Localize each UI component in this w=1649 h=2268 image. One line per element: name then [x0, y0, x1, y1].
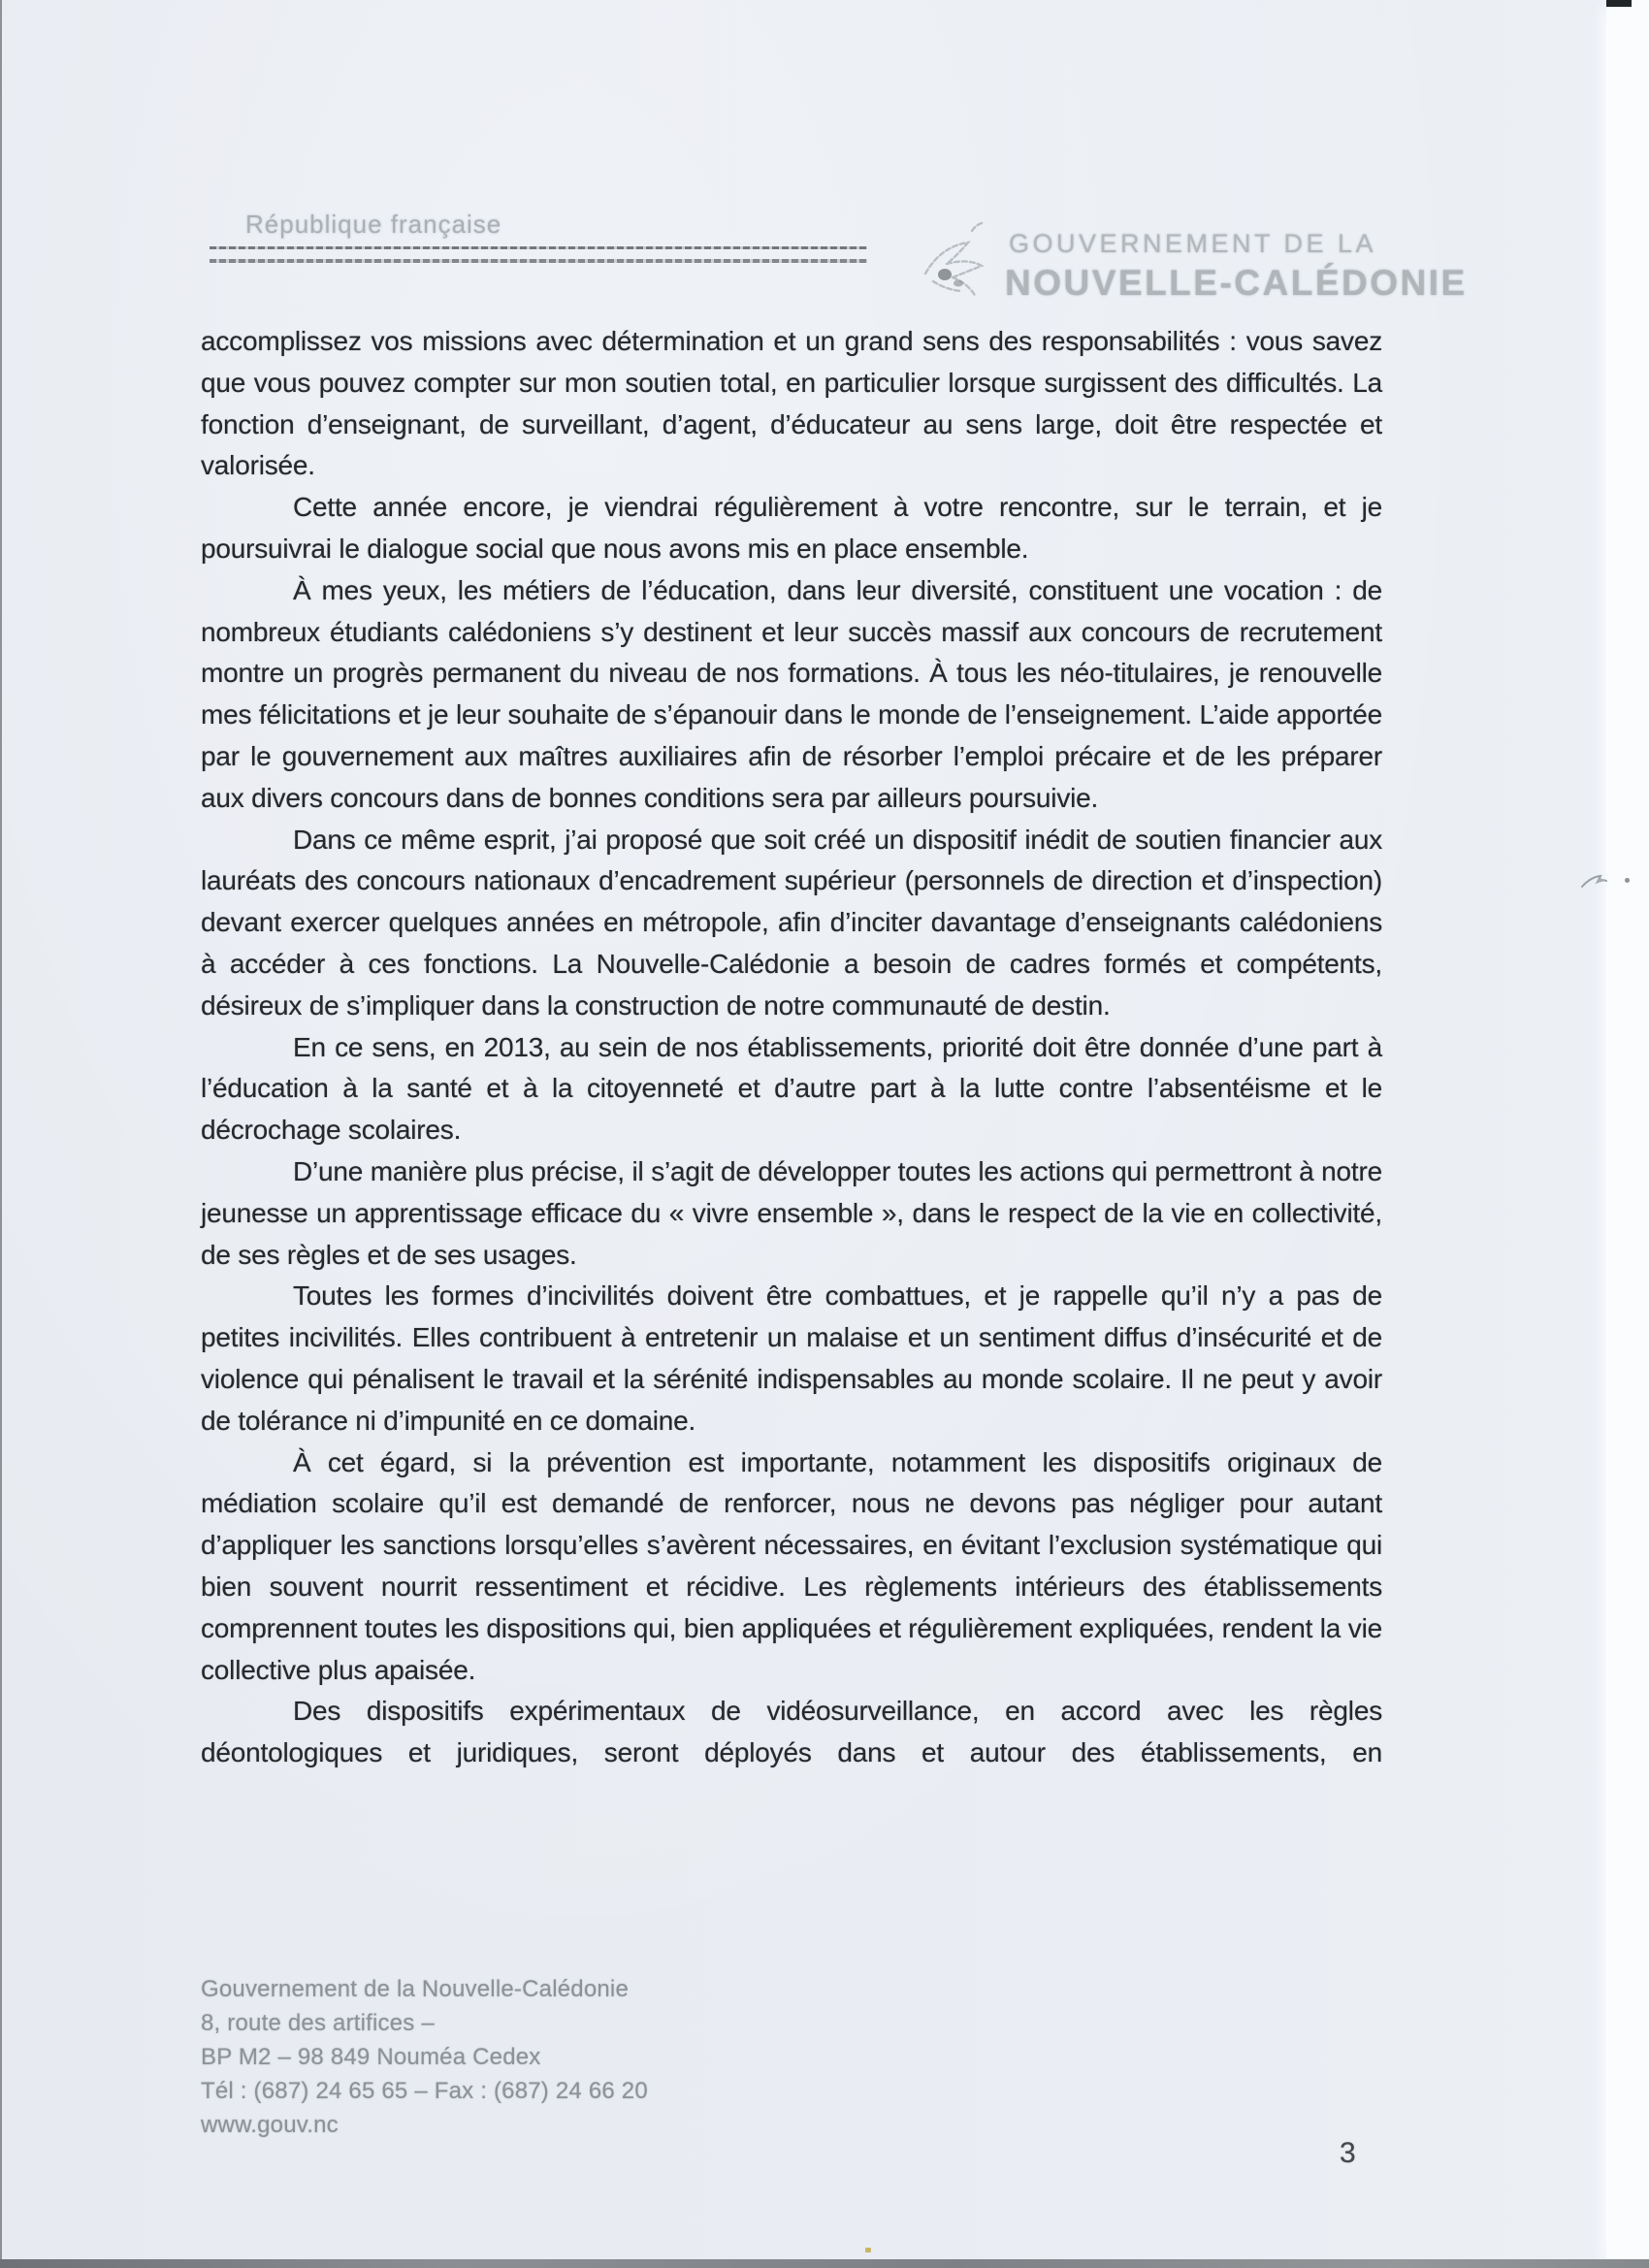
paragraph: D’une manière plus précise, il s’agit de…: [201, 1151, 1382, 1276]
paragraph: À cet égard, si la prévention est import…: [201, 1442, 1382, 1692]
paragraph: En ce sens, en 2013, au sein de nos étab…: [201, 1027, 1382, 1151]
scanned-page: République française GOUVERNEMENT DE LA …: [0, 0, 1649, 2268]
paragraph: Cette année encore, je viendrai régulièr…: [201, 487, 1382, 570]
footer-line-street: 8, route des artifices –: [201, 2006, 648, 2040]
footer-line-phone-fax: Tél : (687) 24 65 65 – Fax : (687) 24 66…: [201, 2074, 648, 2108]
scan-corner-mark: [1606, 0, 1632, 7]
scan-left-edge: [0, 0, 2, 2268]
header-divider-bottom: [210, 259, 867, 263]
footer-line-organisation: Gouvernement de la Nouvelle-Calédonie: [201, 1972, 648, 2006]
scan-right-edge: [1606, 0, 1649, 2268]
paragraph: accomplissez vos missions avec détermina…: [201, 321, 1382, 487]
fleche-faitiere-emblem-icon: [904, 213, 1013, 310]
footer-line-postal: BP M2 – 98 849 Nouméa Cedex: [201, 2040, 648, 2074]
page-number: 3: [1340, 2137, 1356, 2170]
scan-bottom-edge: [0, 2259, 1649, 2268]
scan-artifact-dot: [1625, 878, 1630, 883]
header-divider-top: [210, 246, 867, 249]
paragraph: Des dispositifs expérimentaux de vidéosu…: [201, 1691, 1382, 1774]
paragraph: Toutes les formes d’incivilités doivent …: [201, 1276, 1382, 1442]
paragraph: Dans ce même esprit, j’ai proposé que so…: [201, 820, 1382, 1027]
republique-francaise-label: République française: [245, 210, 501, 240]
gouvernement-label-line1: GOUVERNEMENT DE LA: [1009, 229, 1376, 259]
footer-address-block: Gouvernement de la Nouvelle-Calédonie 8,…: [201, 1972, 648, 2142]
paragraph: À mes yeux, les métiers de l’éducation, …: [201, 570, 1382, 820]
scan-artifact-mark: [1579, 869, 1612, 892]
footer-line-website: www.gouv.nc: [201, 2108, 648, 2142]
scan-artifact-speck: [865, 2248, 871, 2252]
gouvernement-label-line2: NOUVELLE-CALÉDONIE: [1005, 263, 1468, 304]
letter-body: accomplissez vos missions avec détermina…: [201, 321, 1382, 1774]
